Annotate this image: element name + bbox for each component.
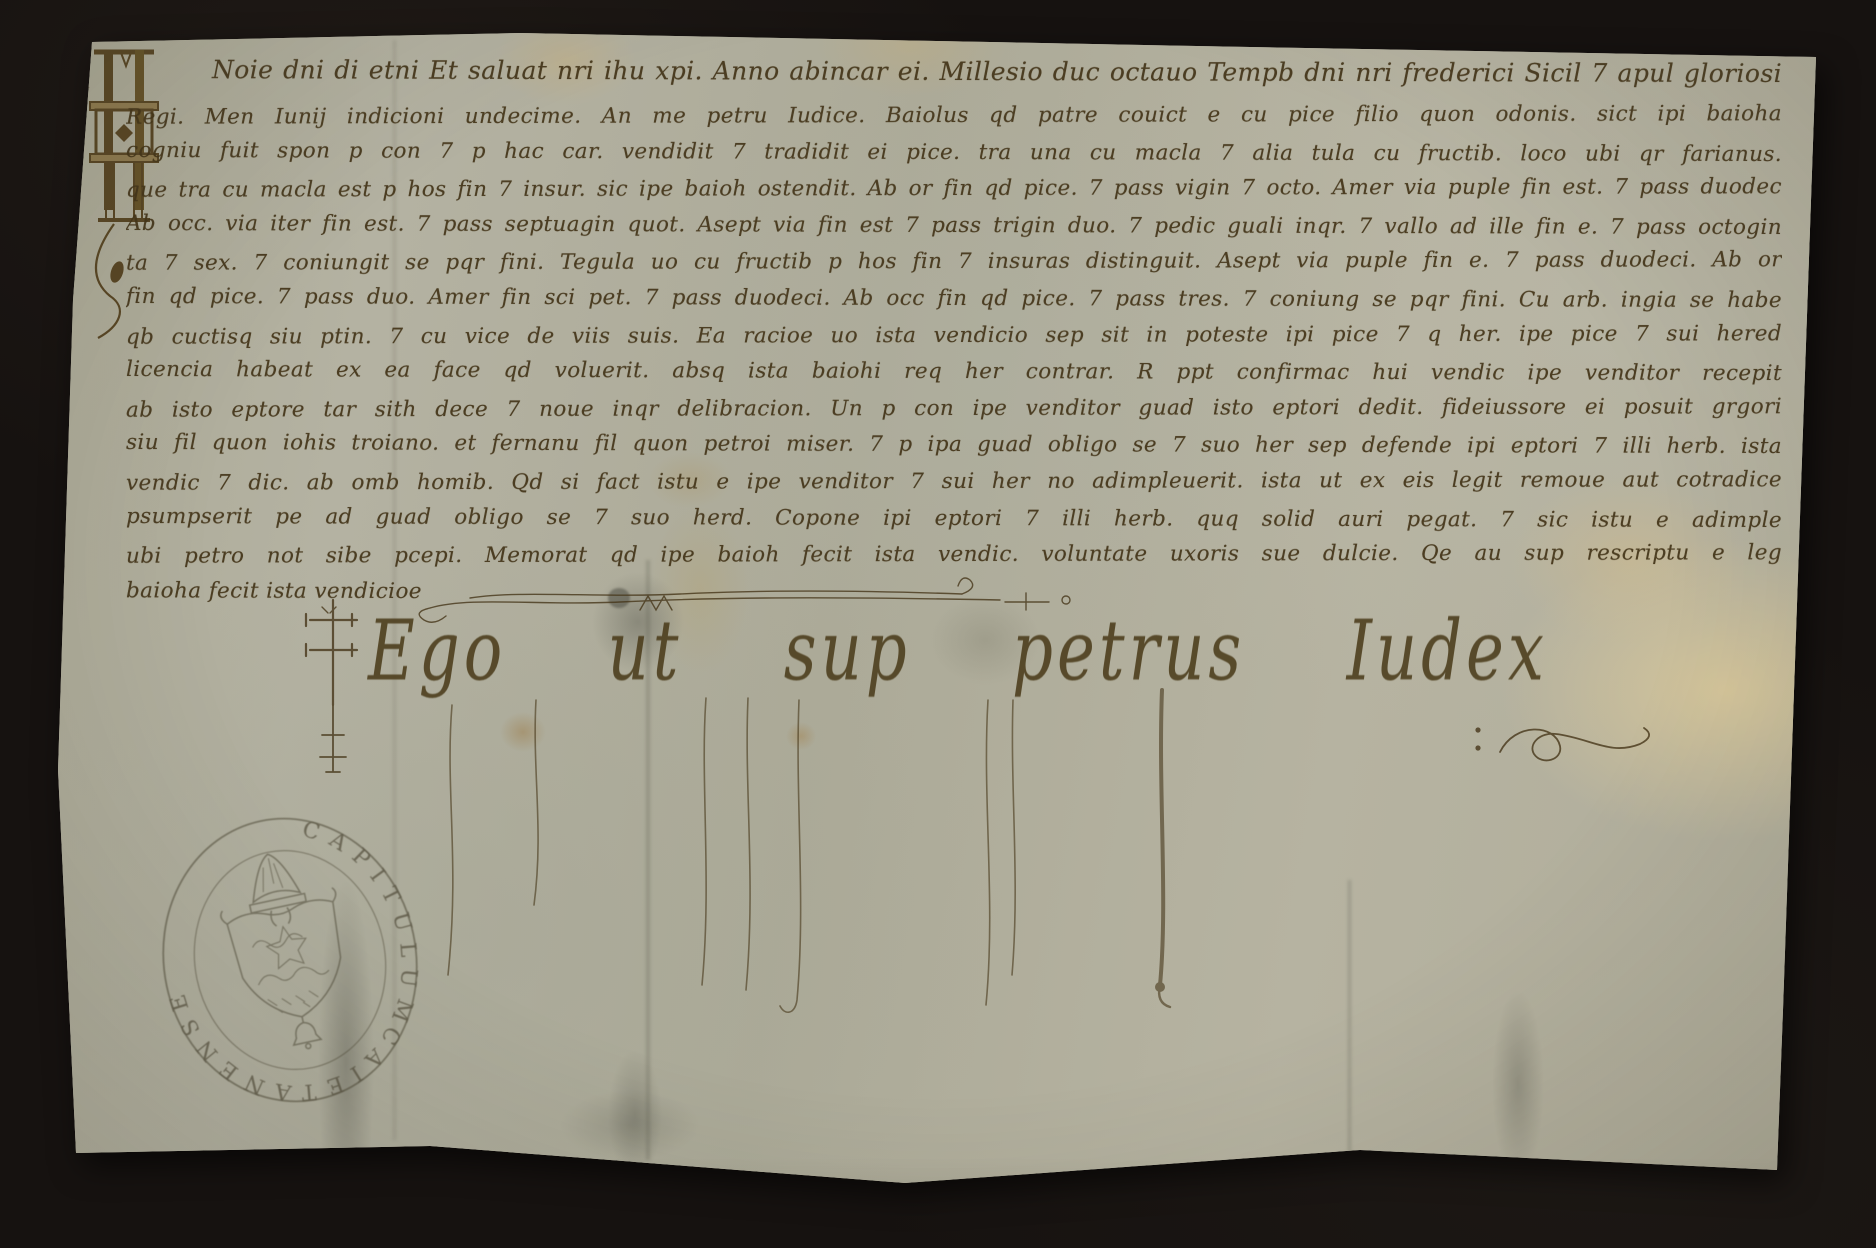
notary-signum-cross-icon	[306, 600, 357, 772]
manuscript-line: Noie dni di etni Et saluat nri ihu xpi. …	[126, 48, 1782, 100]
stain	[318, 880, 374, 1245]
manuscript-line: fin qd pice. 7 pass duo. Amer fin sci pe…	[126, 279, 1782, 320]
parchment-surface: Noie dni di etni Et saluat nri ihu xpi. …	[0, 0, 1876, 1248]
stain	[500, 712, 546, 752]
manuscript-line: que tra cu macla est p hos fin 7 insur. …	[126, 169, 1782, 209]
stain	[608, 1050, 662, 1180]
stamp-bell-icon	[288, 1014, 322, 1052]
stamp-mitre-icon	[240, 849, 310, 931]
stamp-ring-text: CAIETANENSE	[162, 940, 415, 1130]
stamp-shield-icon	[220, 887, 360, 1029]
photo-background: Noie dni di etni Et saluat nri ihu xpi. …	[0, 0, 1876, 1248]
manuscript-line: Regi. Men Iunij indicioni undecime. An m…	[126, 96, 1782, 136]
manuscript-line: siu fil quon iohis troiano. et fernanu f…	[126, 425, 1782, 466]
parchment-document: Noie dni di etni Et saluat nri ihu xpi. …	[0, 0, 1876, 1248]
manuscript-line: ubi petro not sibe pcepi. Memorat qd ipe…	[126, 535, 1782, 575]
manuscript-line: cogniu fuit spon p con 7 p hac car. vend…	[126, 133, 1782, 174]
manuscript-text: Noie dni di etni Et saluat nri ihu xpi. …	[126, 50, 1782, 610]
manuscript-line: licencia habeat ex ea face qd voluerit. …	[126, 352, 1782, 393]
stain	[786, 722, 816, 750]
fold-crease	[1348, 880, 1351, 1170]
manuscript-line: ta 7 sex. 7 coniungit se pqr fini. Tegul…	[126, 243, 1782, 283]
manuscript-line: psumpserit pe ad guad obligo se 7 suo he…	[126, 499, 1782, 540]
signature-text: Ego ut sup petrus Iudex	[368, 604, 1548, 700]
manuscript-line: Ab occ. via iter fin est. 7 pass septuag…	[126, 206, 1782, 247]
signature-descenders-icon	[448, 690, 1170, 1012]
stamp-ring-text: CAPITULUM	[295, 799, 438, 1048]
archive-stamp: CAPITULUM CAIETANENSE	[120, 790, 460, 1130]
stain	[1492, 990, 1544, 1180]
signature-swirl-icon	[1475, 727, 1649, 760]
manuscript-line: ab isto eptore tar sith dece 7 noue inqr…	[126, 389, 1782, 429]
manuscript-line: qb cuctisq siu ptin. 7 cu vice de viis s…	[126, 316, 1782, 356]
stain	[560, 1090, 700, 1160]
manuscript-line: vendic 7 dic. ab omb homib. Qd si fact i…	[126, 462, 1782, 502]
